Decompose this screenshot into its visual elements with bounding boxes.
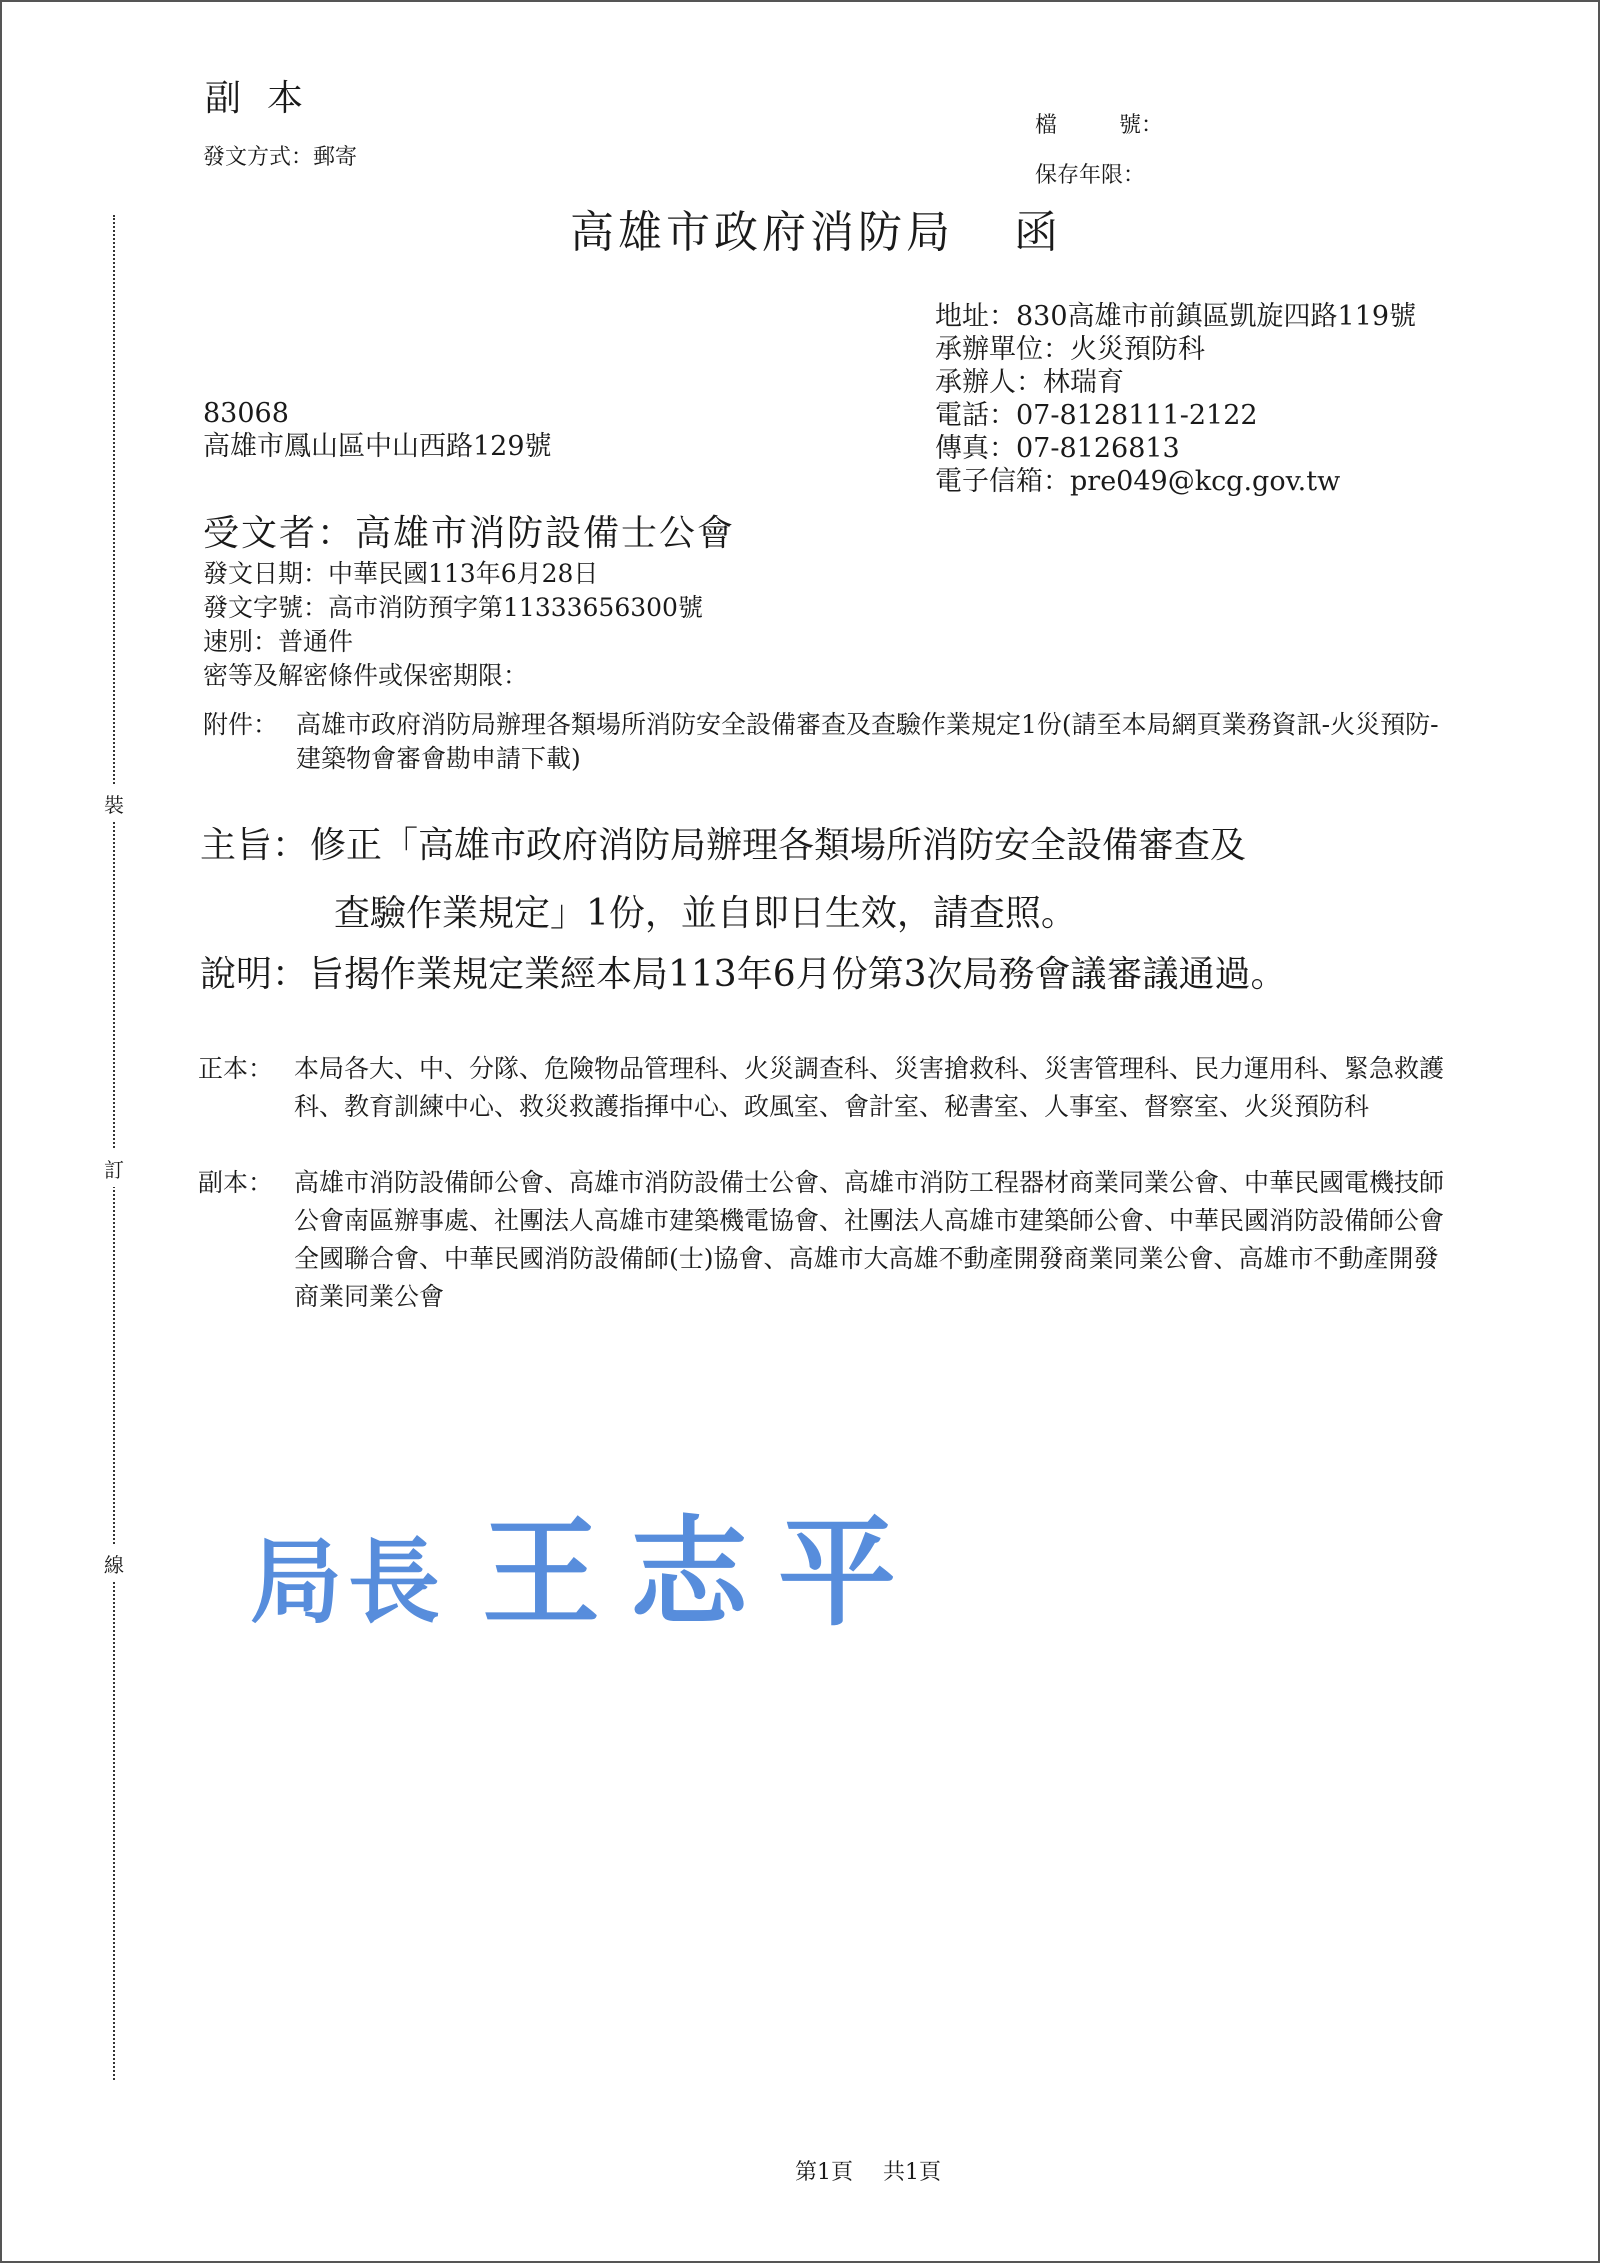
copy-mark: 副本 [205,70,329,121]
recipient-address-block: 83068 高雄市鳳山區中山西路129號 [203,397,552,463]
subject: 主旨： 修正「高雄市政府消防局辦理各類場所消防安全設備審查及 查驗作業規定」1份… [200,812,1500,948]
binding-char-zhuang: 裝 [104,785,124,822]
classification: 密等及解密條件或保密期限： [203,659,703,693]
subject-line-1: 修正「高雄市政府消防局辦理各類場所消防安全設備審查及 [310,812,1500,880]
title-org: 高雄市政府消防局 [570,207,954,258]
document-title: 高雄市政府消防局函 [570,196,1062,260]
binding-char-ding: 訂 [104,1150,124,1187]
subject-line-2: 查驗作業規定」1份，並自即日生效，請查照。 [310,880,1500,948]
contact-block: 地址：830高雄市前鎮區凱旋四路119號 承辦單位：火災預防科 承辦人：林瑞育 … [935,300,1416,498]
contact-address: 地址：830高雄市前鎮區凱旋四路119號 [935,300,1416,333]
contact-phone: 電話：07-8128111-2122 [935,399,1416,432]
contact-handler: 承辦人：林瑞育 [935,366,1416,399]
page-footer: 第1頁共1頁 [795,2155,941,2186]
binding-char-xian: 線 [104,1545,124,1582]
retention-label: 保存年限： [1035,158,1145,189]
file-no-char-a: 檔 [1035,113,1057,138]
explanation: 說明：旨揭作業規定業經本局113年6月份第3次局務會議審議通過。 [200,946,1287,997]
document-number: 發文字號：高市消防預字第11333656300號 [203,591,703,625]
recipient-address: 高雄市鳳山區中山西路129號 [203,430,552,463]
contact-unit: 承辦單位：火災預防科 [935,333,1416,366]
attachment: 附件： 高雄市政府消防局辦理各類場所消防安全設備審查及查驗作業規定1份(請至本局… [203,708,1453,776]
copy-label: 副本： [198,1164,273,1202]
contact-fax: 傳真：07-8126813 [935,432,1416,465]
seal-name: 王志平 [482,1503,926,1642]
attachment-label: 附件： [203,708,278,742]
file-number-label: 檔號： [1035,108,1163,139]
priority: 速別：普通件 [203,625,703,659]
distribution-copy: 副本： 高雄市消防設備師公會、高雄市消防設備士公會、高雄市消防工程器材商業同業公… [198,1164,1458,1316]
subject-body: 修正「高雄市政府消防局辦理各類場所消防安全設備審查及 查驗作業規定」1份，並自即… [310,812,1500,948]
meta-block: 發文日期：中華民國113年6月28日 發文字號：高市消防預字第113336563… [203,557,703,693]
recipient-postal-code: 83068 [203,397,552,430]
copy-text: 高雄市消防設備師公會、高雄市消防設備士公會、高雄市消防工程器材商業同業公會、中華… [294,1164,1458,1316]
director-seal: 局長王志平 [250,1478,926,1648]
contact-email: 電子信箱：pre049@kcg.gov.tw [935,465,1416,498]
issue-date: 發文日期：中華民國113年6月28日 [203,557,703,591]
send-method: 發文方式：郵寄 [203,140,357,171]
page-total: 共1頁 [883,2160,941,2185]
page-number: 第1頁 [795,2160,853,2185]
distribution-original: 正本： 本局各大、中、分隊、危險物品管理科、火災調查科、災害搶救科、災害管理科、… [198,1050,1458,1126]
title-type: 函 [1014,207,1062,258]
file-no-char-b: 號： [1119,113,1163,138]
binding-line [113,215,115,2080]
recipient-name: 受文者：高雄市消防設備士公會 [203,505,735,556]
original-label: 正本： [198,1050,273,1088]
subject-label: 主旨： [200,812,308,880]
original-text: 本局各大、中、分隊、危險物品管理科、火災調查科、災害搶救科、災害管理科、民力運用… [294,1050,1458,1126]
seal-title: 局長 [250,1528,446,1636]
attachment-text: 高雄市政府消防局辦理各類場所消防安全設備審查及查驗作業規定1份(請至本局網頁業務… [296,708,1453,776]
